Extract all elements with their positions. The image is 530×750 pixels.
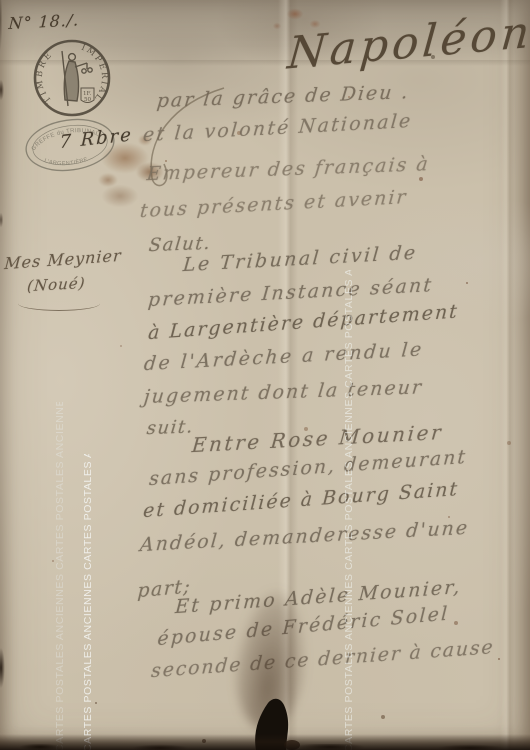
right-fold-crease [500, 0, 514, 750]
watermark-text-column: CARTES POSTALES ANCIENNES CARTES POSTALE… [343, 270, 356, 750]
manuscript-line: suit. [146, 416, 195, 439]
margin-flourish [18, 296, 100, 311]
watermark-text-column: CARTES POSTALES ANCIENNES CARTES POSTALE… [82, 454, 95, 750]
manuscript-photo: IMPERIAL TIMBRE 1F. 50 GREFFE du TRIBUNA… [0, 0, 530, 750]
stamp-value-bottom: 50 [84, 97, 92, 103]
svg-text:TIMBRE: TIMBRE [35, 49, 56, 105]
bottom-edge-mottling [0, 744, 530, 750]
stamp-arc-left: TIMBRE [35, 49, 56, 105]
left-edge-damage [0, 0, 8, 750]
margin-notary-note: (Noué) [26, 274, 86, 295]
document-number: N° 18./. [8, 10, 80, 33]
watermark-text-column: CARTES POSTALES ANCIENNES CARTES POSTALE… [54, 402, 67, 750]
timbre-imperial-stamp: IMPERIAL TIMBRE 1F. 50 [32, 38, 112, 118]
